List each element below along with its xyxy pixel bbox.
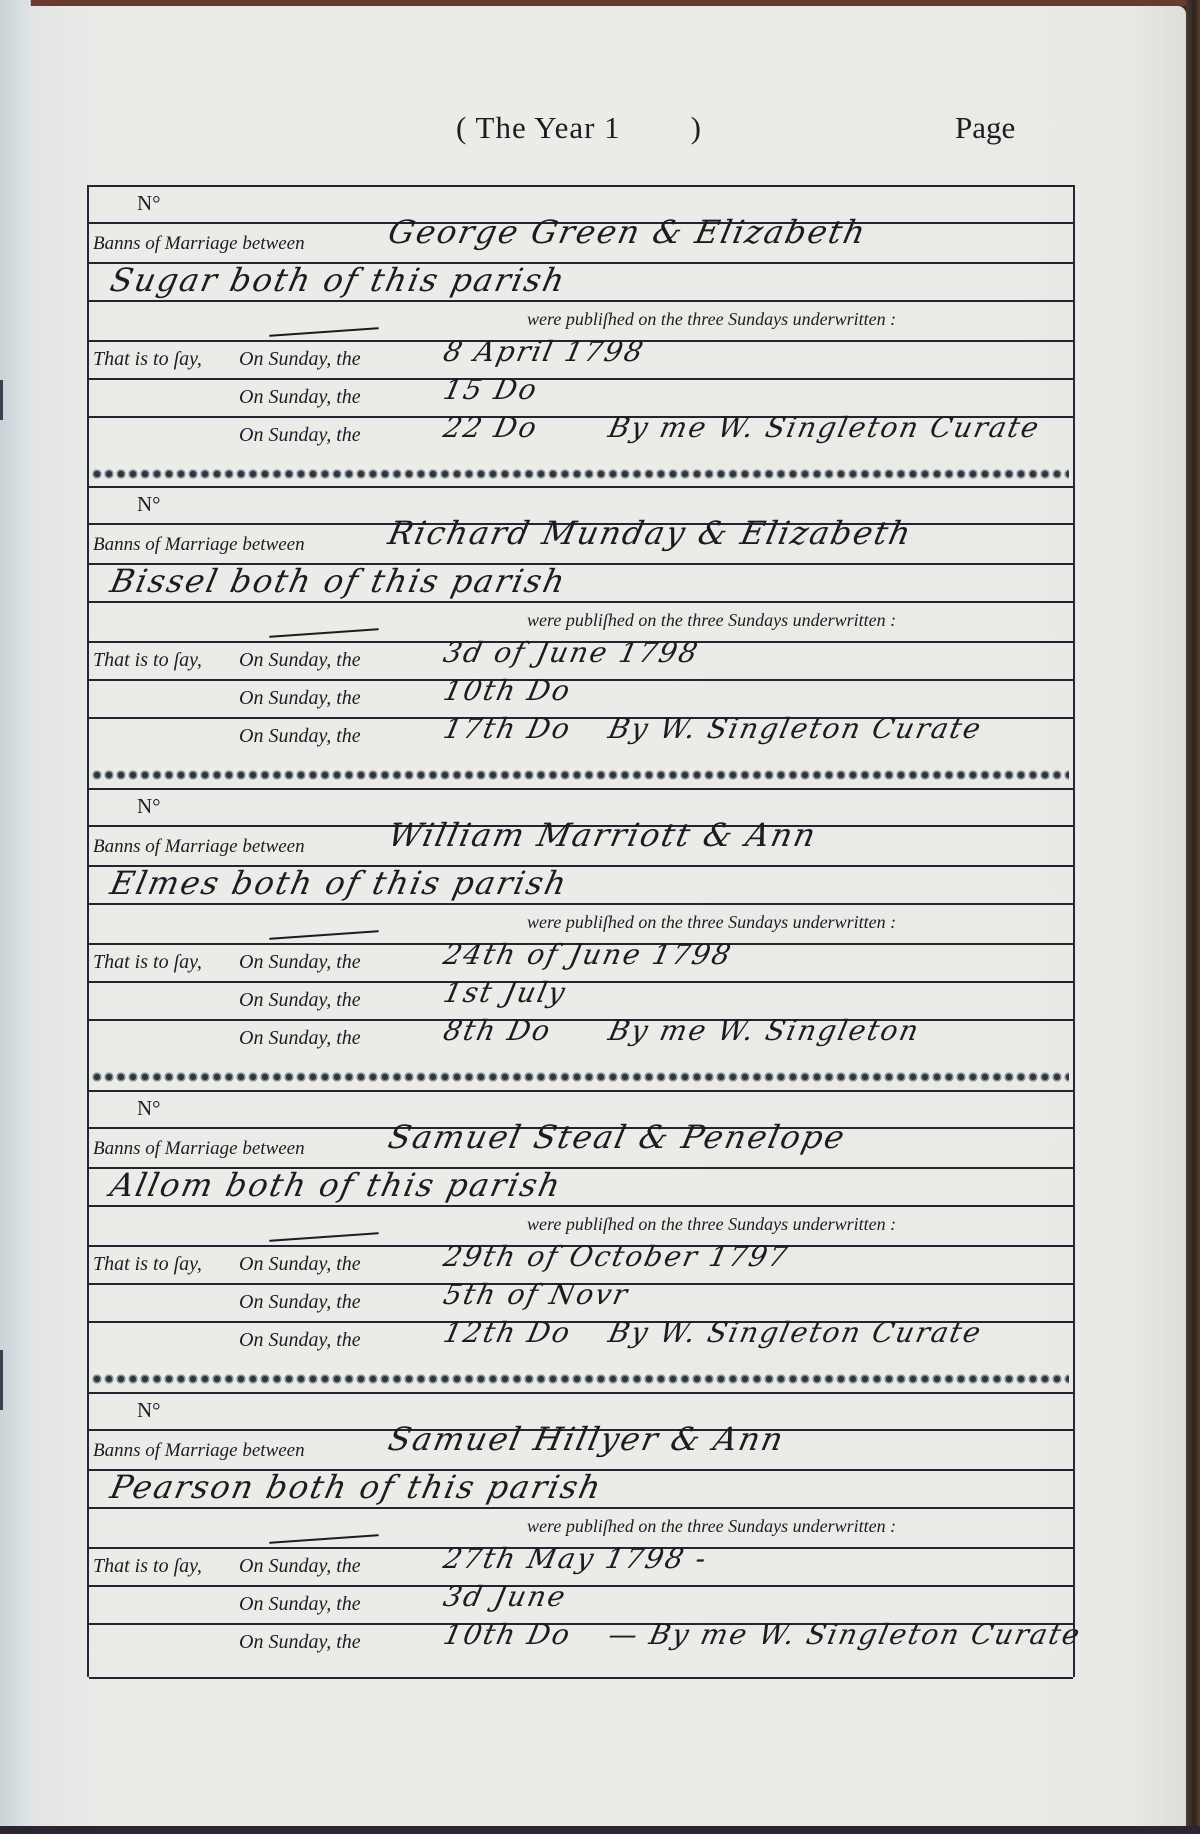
banns-entry-3: N° Banns of Marriage between William Mar… <box>89 788 1073 1086</box>
published-label: were publiſhed on the three Sundays unde… <box>527 1516 896 1537</box>
sunday-label-3: On Sunday, the <box>239 1329 361 1352</box>
that-is-to-say-label: That is to ſay, <box>93 1555 202 1578</box>
published-label: were publiſhed on the three Sundays unde… <box>527 912 896 933</box>
pen-stroke <box>269 327 379 337</box>
sunday-date-2: 15 Do <box>440 373 541 406</box>
banns-label: Banns of Marriage between <box>93 1440 305 1462</box>
page-header-year: ( The Year 1 ) <box>456 110 702 146</box>
previous-page-mark <box>0 380 3 420</box>
rule-line <box>89 486 1073 488</box>
rule-line <box>89 1585 1073 1587</box>
curate-signature: — By me W. Singleton Curate <box>605 1618 1084 1651</box>
rule-line <box>89 1392 1073 1394</box>
pen-stroke <box>269 628 379 638</box>
pen-stroke <box>269 1232 379 1242</box>
entry-number-label: N° <box>137 492 161 517</box>
sunday-date-2: 10th Do <box>440 674 574 707</box>
names-line-2: Elmes both of this parish <box>107 864 572 902</box>
names-line-2: Allom both of this parish <box>107 1166 566 1204</box>
sunday-label-3: On Sunday, the <box>239 424 361 447</box>
banns-label: Banns of Marriage between <box>93 1138 305 1160</box>
banns-label: Banns of Marriage between <box>93 233 305 255</box>
rule-line <box>89 1205 1073 1207</box>
names-line-1: George Green & Elizabeth <box>385 213 871 251</box>
sunday-date-3: 12th Do <box>440 1316 574 1349</box>
rule-line <box>89 679 1073 681</box>
sunday-label-3: On Sunday, the <box>239 725 361 748</box>
book-cover-edge <box>1186 0 1200 1834</box>
banns-register-table: N° Banns of Marriage between George Gree… <box>87 185 1075 1677</box>
sunday-date-1: 29th of October 1797 <box>440 1240 792 1273</box>
sunday-label-2: On Sunday, the <box>239 386 361 409</box>
sunday-label-1: On Sunday, the <box>239 1253 361 1276</box>
page-header-page-label: Page <box>955 110 1015 146</box>
names-line-1: Samuel Hillyer & Ann <box>385 1420 788 1458</box>
that-is-to-say-label: That is to ſay, <box>93 1253 202 1276</box>
pen-stroke <box>269 930 379 940</box>
banns-entry-1: N° Banns of Marriage between George Gree… <box>89 185 1073 483</box>
banns-entry-5: N° Banns of Marriage between Samuel Hill… <box>89 1392 1073 1690</box>
entry-number-label: N° <box>137 191 161 216</box>
sunday-label-3: On Sunday, the <box>239 1027 361 1050</box>
that-is-to-say-label: That is to ſay, <box>93 951 202 974</box>
rule-line <box>89 1090 1073 1092</box>
names-line-1: Samuel Steal & Penelope <box>385 1118 850 1156</box>
names-line-1: Richard Munday & Elizabeth <box>385 514 916 552</box>
sunday-date-2: 3d June <box>440 1580 570 1613</box>
sunday-label-1: On Sunday, the <box>239 951 361 974</box>
names-line-2: Sugar both of this parish <box>107 261 570 299</box>
sunday-label-2: On Sunday, the <box>239 687 361 710</box>
rule-line <box>89 378 1073 380</box>
banns-entry-2: N° Banns of Marriage between Richard Mun… <box>89 486 1073 784</box>
entry-number-label: N° <box>137 1398 161 1423</box>
rule-line <box>89 300 1073 302</box>
that-is-to-say-label: That is to ſay, <box>93 348 202 371</box>
entry-separator-ornament <box>91 468 1069 480</box>
curate-signature: By W. Singleton Curate <box>605 712 985 745</box>
curate-signature: By W. Singleton Curate <box>605 1316 985 1349</box>
sunday-date-1: 27th May 1798 - <box>440 1542 711 1575</box>
sunday-label-2: On Sunday, the <box>239 1291 361 1314</box>
sunday-date-3: 8th Do <box>440 1014 554 1047</box>
sunday-label-3: On Sunday, the <box>239 1631 361 1654</box>
published-label: were publiſhed on the three Sundays unde… <box>527 1214 896 1235</box>
published-label: were publiſhed on the three Sundays unde… <box>527 610 896 631</box>
entry-separator-ornament <box>91 1373 1069 1385</box>
names-line-2: Bissel both of this parish <box>107 562 570 600</box>
banns-label: Banns of Marriage between <box>93 534 305 556</box>
sunday-label-1: On Sunday, the <box>239 1555 361 1578</box>
names-line-2: Pearson both of this parish <box>107 1468 606 1506</box>
sunday-date-1: 3d of June 1798 <box>440 636 702 669</box>
curate-signature: By me W. Singleton <box>605 1014 923 1047</box>
book-bottom-edge <box>0 1826 1200 1834</box>
previous-page-edge <box>0 0 31 1834</box>
rule-line <box>89 903 1073 905</box>
sunday-date-1: 8 April 1798 <box>440 335 647 368</box>
sunday-label-1: On Sunday, the <box>239 649 361 672</box>
entry-number-label: N° <box>137 1096 161 1121</box>
that-is-to-say-label: That is to ſay, <box>93 649 202 672</box>
entry-separator-ornament <box>91 1071 1069 1083</box>
names-line-1: William Marriott & Ann <box>385 816 821 854</box>
sunday-date-3: 17th Do <box>440 712 574 745</box>
rule-line <box>89 1019 1073 1021</box>
sunday-date-2: 1st July <box>440 976 569 1009</box>
sunday-label-2: On Sunday, the <box>239 989 361 1012</box>
sunday-label-2: On Sunday, the <box>239 1593 361 1616</box>
published-label: were publiſhed on the three Sundays unde… <box>527 309 896 330</box>
rule-line <box>89 601 1073 603</box>
banns-label: Banns of Marriage between <box>93 836 305 858</box>
entry-separator-ornament <box>91 769 1069 781</box>
curate-signature: By me W. Singleton Curate <box>605 411 1043 444</box>
banns-entry-4: N° Banns of Marriage between Samuel Stea… <box>89 1090 1073 1388</box>
pen-stroke <box>269 1534 379 1544</box>
table-bottom-rule <box>89 1677 1073 1679</box>
sunday-label-1: On Sunday, the <box>239 348 361 371</box>
sunday-date-2: 5th of Novr <box>440 1278 632 1311</box>
rule-line <box>89 788 1073 790</box>
rule-line <box>89 1507 1073 1509</box>
sunday-date-3: 10th Do <box>440 1618 574 1651</box>
rule-line <box>89 185 1073 187</box>
sunday-date-3: 22 Do <box>440 411 541 444</box>
rule-line <box>89 981 1073 983</box>
previous-page-mark <box>0 1350 3 1410</box>
entry-number-label: N° <box>137 794 161 819</box>
sunday-date-1: 24th of June 1798 <box>440 938 735 971</box>
